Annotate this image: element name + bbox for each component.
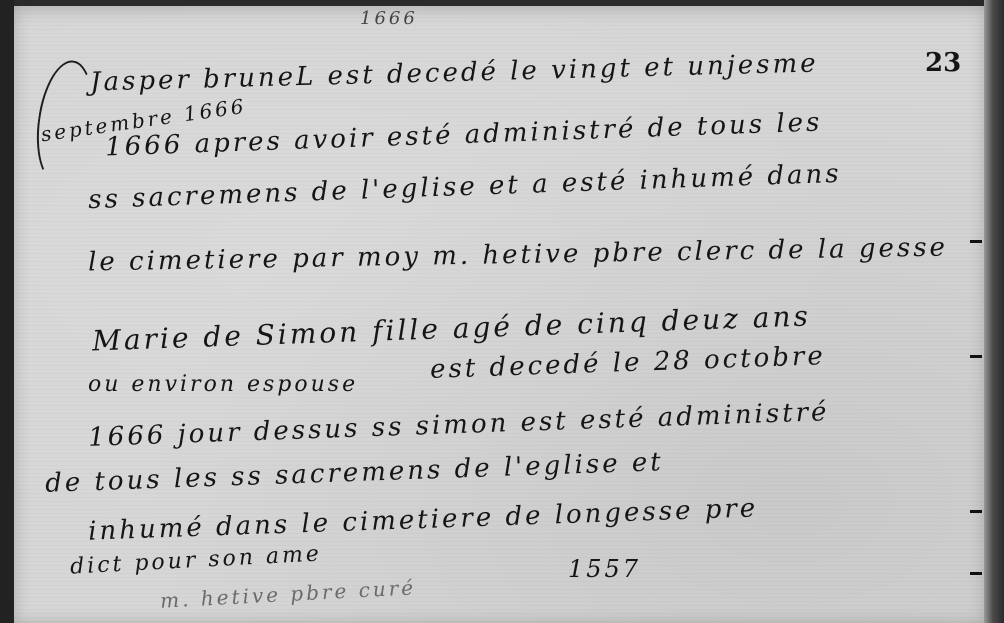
margin-tick — [970, 572, 982, 575]
header-year: 1666 — [360, 8, 418, 29]
scanned-register-page: 1666 23 septembre 1666 Jasper bruneL est… — [0, 0, 1004, 623]
entry2-line2: ou environ espouse — [88, 372, 358, 397]
page-number: 23 — [925, 48, 961, 78]
entry2-line2-text: ou environ espouse — [88, 372, 358, 397]
margin-tick — [970, 355, 982, 358]
page-right-edge — [984, 0, 1004, 623]
margin-tick — [970, 240, 982, 243]
bottom-year: 1557 — [568, 555, 641, 583]
margin-tick — [970, 510, 982, 513]
binding-left-edge — [0, 0, 14, 623]
